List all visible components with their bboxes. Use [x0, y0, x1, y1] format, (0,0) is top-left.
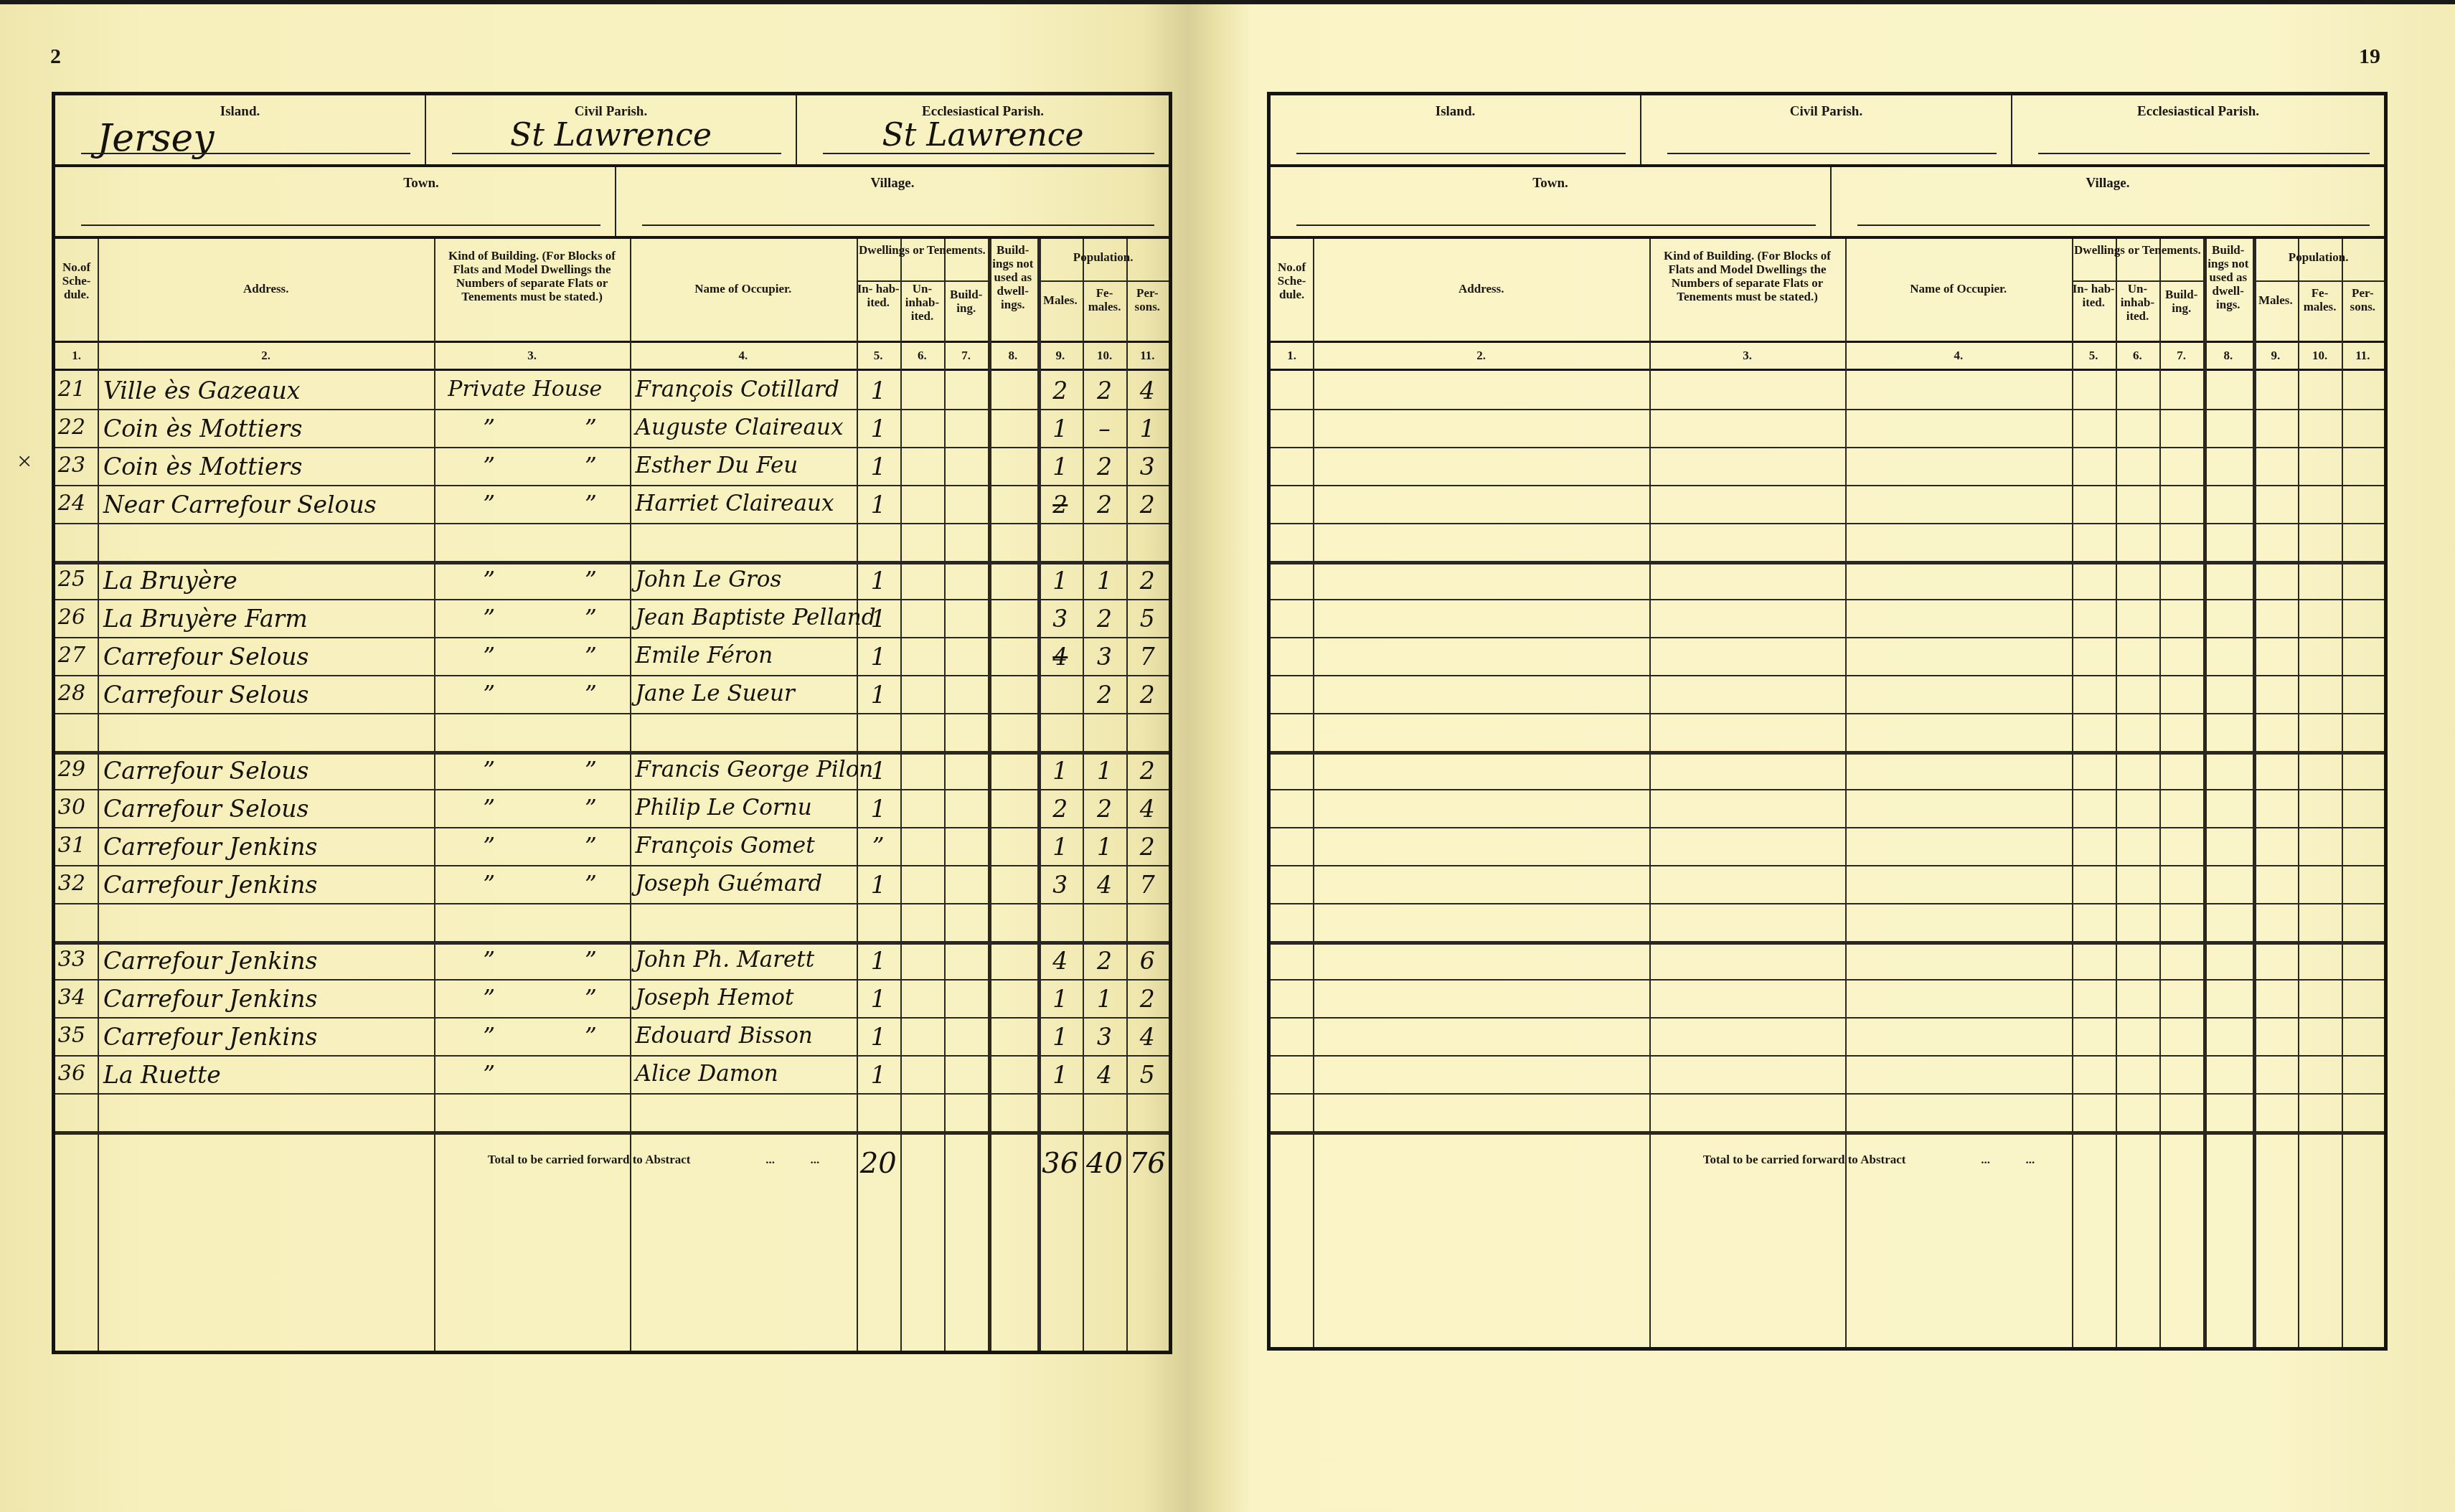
cell-inhabited: 1 — [857, 605, 900, 633]
cell-males: 1 — [1037, 567, 1083, 595]
column-number: 7. — [944, 349, 988, 363]
cell-occupier: François Gomet — [636, 833, 815, 859]
town-field: Town. — [1271, 167, 1830, 236]
column-number: 6. — [2116, 349, 2159, 363]
group-divider-line — [55, 941, 1169, 945]
cell-males: 4 — [1037, 643, 1083, 671]
cell-kind2: ” — [556, 757, 625, 785]
cell-females: 2 — [1083, 453, 1126, 481]
cell-inhabited: 1 — [857, 415, 900, 443]
column-header-building: Build- ing. — [2159, 288, 2203, 315]
left-header-parish-row: Island. Jersey Civil Parish. St Lawrence… — [55, 95, 1169, 167]
village-underline — [1857, 225, 2370, 226]
column-header-males: Males. — [2253, 293, 2298, 307]
cell-kind: ” — [448, 757, 530, 785]
column-divider — [944, 239, 946, 1351]
right-header-town-row: Town. Village. — [1271, 167, 2384, 239]
column-divider — [1313, 239, 1314, 1347]
total-inhabited: 20 — [857, 1147, 900, 1180]
column-header-uninhabited: Un- inhab- ited. — [2116, 282, 2159, 323]
cell-males: 1 — [1037, 1061, 1083, 1089]
cell-address: Carrefour Selous — [103, 681, 308, 709]
row-line — [55, 599, 1169, 600]
cell-kind2: ” — [556, 643, 625, 671]
cell-occupier: Esther Du Feu — [636, 453, 798, 478]
cell-address: Coin ès Mottiers — [103, 415, 302, 443]
cell-kind: ” — [448, 1023, 530, 1051]
cell-kind: ” — [448, 605, 530, 633]
column-divider — [2253, 239, 2256, 1347]
cell-address: La Bruyère Farm — [103, 605, 308, 633]
island-field: Island. Jersey — [55, 95, 425, 164]
group-divider — [1037, 280, 1169, 282]
cell-inhabited: 1 — [857, 643, 900, 671]
column-number: 1. — [55, 349, 98, 363]
cell-persons: 4 — [1126, 377, 1169, 405]
group-divider-line — [1271, 561, 2384, 564]
civil-parish-underline — [452, 153, 781, 154]
cell-females: 2 — [1083, 605, 1126, 633]
ecclesiastical-parish-field: Ecclesiastical Parish. — [2012, 95, 2384, 164]
cell-schedule: 27 — [58, 643, 85, 668]
cell-persons: 7 — [1126, 871, 1169, 899]
total-females: 40 — [1083, 1147, 1126, 1180]
cell-address: Carrefour Selous — [103, 643, 308, 671]
column-divider — [988, 239, 991, 1351]
left-header-town-row: Town. Village. — [55, 167, 1169, 239]
column-group-dwellings: Dwellings or Tenements. — [857, 243, 989, 257]
cell-kind2: ” — [556, 833, 625, 861]
cell-occupier: Auguste Claireaux — [636, 415, 844, 440]
right-census-page: Island. Civil Parish. Ecclesiastical Par… — [1267, 92, 2388, 1351]
row-line — [55, 827, 1169, 828]
column-number: 9. — [2253, 349, 2298, 363]
cell-kind2: ” — [556, 1023, 625, 1051]
cell-inhabited: ” — [857, 833, 900, 861]
cell-females: 2 — [1083, 795, 1126, 823]
column-divider — [2072, 239, 2073, 1347]
cell-occupier: Jean Baptiste Pelland — [636, 605, 876, 630]
cell-inhabited: 1 — [857, 377, 900, 405]
row-line — [1271, 447, 2384, 448]
cell-occupier: Philip Le Cornu — [636, 795, 812, 821]
cell-females: 4 — [1083, 871, 1126, 899]
cell-kind2: ” — [556, 681, 625, 709]
group-divider — [2072, 280, 2204, 282]
column-header-inhabited: In- hab- ited. — [857, 282, 900, 309]
cell-kind: ” — [448, 833, 530, 861]
cell-schedule: 33 — [58, 947, 85, 972]
column-header-kind: Kind of Building. (For Blocks of Flats a… — [1649, 249, 1845, 303]
cell-inhabited: 1 — [857, 1023, 900, 1051]
cell-persons: 1 — [1126, 415, 1169, 443]
column-header-not_dwellings: Build- ings not used as dwell- ings. — [2203, 243, 2253, 311]
right-page-number: 19 — [2359, 44, 2380, 69]
cell-inhabited: 1 — [857, 947, 900, 975]
row-line — [1271, 409, 2384, 410]
row-line — [55, 1093, 1169, 1095]
cell-persons: 4 — [1126, 795, 1169, 823]
cell-kind: ” — [448, 567, 530, 595]
cell-kind: ” — [448, 985, 530, 1013]
island-field: Island. — [1271, 95, 1640, 164]
cell-schedule: 23 — [58, 453, 85, 478]
cell-occupier: Harriet Claireaux — [636, 491, 834, 516]
column-header-building: Build- ing. — [944, 288, 988, 315]
row-line — [55, 409, 1169, 410]
column-header-occupier: Name of Occupier. — [1845, 282, 2072, 296]
cell-address: Carrefour Jenkins — [103, 947, 317, 975]
village-field: Village. — [1832, 167, 2384, 236]
column-divider — [2342, 239, 2343, 1347]
column-header-uninhabited: Un- inhab- ited. — [900, 282, 944, 323]
village-label: Village. — [1832, 176, 2384, 192]
group-divider-line — [1271, 941, 2384, 945]
column-number: 7. — [2159, 349, 2203, 363]
column-header-females: Fe- males. — [2298, 286, 2341, 313]
cell-kind: ” — [448, 643, 530, 671]
cell-inhabited: 1 — [857, 567, 900, 595]
ecclesiastical-parish-value: St Lawrence — [797, 117, 1169, 153]
ecclesiastical-parish-label: Ecclesiastical Parish. — [2012, 104, 2384, 120]
row-line — [1271, 523, 2384, 524]
cell-schedule: 25 — [58, 567, 85, 592]
cell-males: 1 — [1037, 1023, 1083, 1051]
column-number: 3. — [1649, 349, 1845, 363]
column-divider — [900, 239, 902, 1351]
column-header-schedule: No.of Sche- dule. — [1271, 260, 1313, 301]
cell-inhabited: 1 — [857, 985, 900, 1013]
group-divider-line — [55, 561, 1169, 564]
total-dots: ... — [765, 1153, 775, 1167]
row-line — [55, 637, 1169, 638]
column-number: 3. — [434, 349, 630, 363]
row-line — [55, 675, 1169, 676]
column-header-occupier: Name of Occupier. — [630, 282, 857, 296]
cell-occupier: Edouard Bisson — [636, 1023, 813, 1049]
cell-kind: ” — [448, 681, 530, 709]
column-divider — [1845, 239, 1847, 1347]
ecclesiastical-parish-field: Ecclesiastical Parish. St Lawrence — [797, 95, 1169, 164]
cell-occupier: John Ph. Marett — [636, 947, 815, 973]
cell-females: 4 — [1083, 1061, 1126, 1089]
cell-kind2: ” — [556, 871, 625, 899]
total-persons: 76 — [1126, 1147, 1169, 1180]
row-line — [1271, 903, 2384, 904]
cell-occupier: Jane Le Sueur — [636, 681, 795, 707]
cell-occupier: John Le Gros — [636, 567, 782, 592]
cell-females: 2 — [1083, 377, 1126, 405]
cell-schedule: 21 — [58, 377, 85, 402]
cell-address: Carrefour Selous — [103, 757, 308, 785]
row-line — [55, 713, 1169, 714]
column-divider — [630, 239, 631, 1351]
total-dots: ... — [1981, 1153, 1990, 1167]
cell-kind: ” — [448, 491, 530, 519]
column-number: 11. — [1126, 349, 1169, 363]
civil-parish-underline — [1667, 153, 1997, 154]
island-label: Island. — [1271, 104, 1640, 120]
civil-parish-value: St Lawrence — [426, 117, 796, 153]
cell-schedule: 34 — [58, 985, 85, 1010]
cell-address: Near Carrefour Selous — [103, 491, 377, 519]
cell-females: 1 — [1083, 833, 1126, 861]
cell-females: 3 — [1083, 1023, 1126, 1051]
cell-inhabited: 1 — [857, 681, 900, 709]
group-divider-line — [1271, 751, 2384, 755]
cell-kind: ” — [448, 795, 530, 823]
column-divider — [1649, 239, 1651, 1347]
row-line — [1271, 1093, 2384, 1095]
cell-males: 3 — [1037, 605, 1083, 633]
cell-occupier: Alice Damon — [636, 1061, 778, 1087]
cell-kind2: ” — [556, 985, 625, 1013]
cell-males: 3 — [1037, 871, 1083, 899]
group-divider-line — [1271, 1131, 2384, 1135]
cell-schedule: 31 — [58, 833, 85, 858]
cell-males: 4 — [1037, 947, 1083, 975]
cell-kind2: ” — [556, 605, 625, 633]
ecclesiastical-parish-underline — [2038, 153, 2370, 154]
cell-schedule: 32 — [58, 871, 85, 896]
cell-schedule: 35 — [58, 1023, 85, 1048]
column-header-males: Males. — [1037, 293, 1083, 307]
row-line — [55, 979, 1169, 981]
town-label: Town. — [1271, 176, 1830, 192]
cell-males: 1 — [1037, 985, 1083, 1013]
cell-address: Carrefour Selous — [103, 795, 308, 823]
cell-kind: ” — [448, 453, 530, 481]
row-line — [55, 789, 1169, 790]
town-field: Town. — [55, 167, 615, 236]
cell-schedule: 29 — [58, 757, 85, 782]
cell-occupier: François Cotillard — [636, 377, 839, 402]
right-header-parish-row: Island. Civil Parish. Ecclesiastical Par… — [1271, 95, 2384, 167]
row-line — [55, 485, 1169, 486]
cell-females: 2 — [1083, 947, 1126, 975]
cell-kind: Private House — [448, 377, 530, 402]
civil-parish-field: Civil Parish. St Lawrence — [426, 95, 796, 164]
row-line — [55, 1017, 1169, 1019]
column-header-schedule: No.of Sche- dule. — [55, 260, 98, 301]
town-underline — [81, 225, 600, 226]
cell-persons: 5 — [1126, 1061, 1169, 1089]
cell-occupier: Joseph Hemot — [636, 985, 794, 1011]
cell-kind: ” — [448, 871, 530, 899]
cell-schedule: 24 — [58, 491, 85, 516]
cell-persons: 6 — [1126, 947, 1169, 975]
row-line — [55, 523, 1169, 524]
column-number: 11. — [2342, 349, 2384, 363]
cell-inhabited: 1 — [857, 871, 900, 899]
book-top-edge — [0, 0, 2455, 4]
cell-females: 2 — [1083, 681, 1126, 709]
island-underline — [81, 153, 410, 154]
row-line — [1271, 827, 2384, 828]
cell-persons: 2 — [1126, 491, 1169, 519]
margin-cross-mark: × — [17, 446, 32, 476]
column-number: 1. — [1271, 349, 1313, 363]
column-group-dwellings: Dwellings or Tenements. — [2072, 243, 2204, 257]
row-line — [1271, 675, 2384, 676]
cell-persons: 2 — [1126, 757, 1169, 785]
cell-persons: 2 — [1126, 567, 1169, 595]
cell-address: Carrefour Jenkins — [103, 833, 317, 861]
column-number: 8. — [2203, 349, 2253, 363]
column-header-inhabited: In- hab- ited. — [2072, 282, 2116, 309]
cell-inhabited: 1 — [857, 795, 900, 823]
cell-kind: ” — [448, 415, 530, 443]
cell-males: 1 — [1037, 833, 1083, 861]
cell-kind2: ” — [556, 415, 625, 443]
column-divider — [2298, 239, 2299, 1347]
cell-persons: 5 — [1126, 605, 1169, 633]
cell-females: 3 — [1083, 643, 1126, 671]
cell-males: 1 — [1037, 757, 1083, 785]
column-number: 4. — [630, 349, 857, 363]
column-header-not_dwellings: Build- ings not used as dwell- ings. — [988, 243, 1037, 311]
column-divider — [434, 239, 435, 1351]
cell-address: Carrefour Jenkins — [103, 871, 317, 899]
column-number: 4. — [1845, 349, 2072, 363]
ecclesiastical-parish-underline — [823, 153, 1154, 154]
cell-persons: 2 — [1126, 985, 1169, 1013]
row-line — [1271, 789, 2384, 790]
cell-persons: 2 — [1126, 833, 1169, 861]
column-divider — [2203, 239, 2207, 1347]
column-header-kind: Kind of Building. (For Blocks of Flats a… — [434, 249, 630, 303]
column-number: 8. — [988, 349, 1037, 363]
cell-kind2: ” — [556, 795, 625, 823]
column-number: 9. — [1037, 349, 1083, 363]
cell-inhabited: 1 — [857, 1061, 900, 1089]
column-number: 10. — [2298, 349, 2341, 363]
row-line — [1271, 713, 2384, 714]
cell-kind: ” — [448, 1061, 530, 1089]
row-line — [1271, 599, 2384, 600]
cell-address: Carrefour Jenkins — [103, 1023, 317, 1051]
group-divider-line — [55, 1131, 1169, 1135]
cell-females: 1 — [1083, 567, 1126, 595]
left-census-page: Island. Jersey Civil Parish. St Lawrence… — [52, 92, 1172, 1354]
total-dots: ... — [811, 1153, 820, 1167]
row-line — [1271, 1017, 2384, 1019]
cell-schedule: 36 — [58, 1061, 85, 1086]
column-divider — [98, 239, 99, 1351]
cell-occupier: Emile Féron — [636, 643, 773, 668]
cell-females: 1 — [1083, 985, 1126, 1013]
row-line — [55, 903, 1169, 904]
cell-kind2: ” — [556, 491, 625, 519]
cell-address: Coin ès Mottiers — [103, 453, 302, 481]
cell-kind2: ” — [556, 947, 625, 975]
column-number: 2. — [98, 349, 434, 363]
cell-kind2: ” — [556, 453, 625, 481]
column-group-population: Population. — [1037, 250, 1169, 264]
cell-schedule: 28 — [58, 681, 85, 706]
cell-inhabited: 1 — [857, 491, 900, 519]
total-label: Total to be carried forward to Abstract — [1703, 1153, 1906, 1167]
left-page-number: 2 — [50, 44, 61, 69]
civil-parish-label: Civil Parish. — [1641, 104, 2011, 120]
column-number: 6. — [900, 349, 944, 363]
cell-schedule: 22 — [58, 415, 85, 440]
cell-kind2: ” — [556, 567, 625, 595]
row-line — [55, 865, 1169, 866]
column-number: 10. — [1083, 349, 1126, 363]
town-underline — [1296, 225, 1816, 226]
total-label: Total to be carried forward to Abstract — [488, 1153, 691, 1167]
cell-address: Ville ès Gazeaux — [103, 377, 300, 405]
total-males: 36 — [1037, 1147, 1083, 1180]
column-divider — [2116, 239, 2117, 1347]
cell-schedule: 30 — [58, 795, 85, 820]
column-divider — [2159, 239, 2161, 1347]
cell-occupier: Joseph Guémard — [636, 871, 823, 897]
cell-kind: ” — [448, 947, 530, 975]
cell-males: 2 — [1037, 491, 1083, 519]
cell-males: 1 — [1037, 453, 1083, 481]
cell-occupier: Francis George Pilon — [636, 757, 874, 783]
civil-parish-field: Civil Parish. — [1641, 95, 2011, 164]
row-line — [55, 1055, 1169, 1057]
row-line — [1271, 979, 2384, 981]
total-dots: ... — [2026, 1153, 2035, 1167]
cell-males: 1 — [1037, 415, 1083, 443]
village-underline — [642, 225, 1154, 226]
cell-schedule: 26 — [58, 605, 85, 630]
column-header-address: Address. — [1313, 282, 1649, 296]
row-line — [1271, 865, 2384, 866]
cell-females: 2 — [1083, 491, 1126, 519]
row-line — [1271, 1055, 2384, 1057]
village-field: Village. — [616, 167, 1169, 236]
column-number: 2. — [1313, 349, 1649, 363]
row-line — [55, 447, 1169, 448]
village-label: Village. — [616, 176, 1169, 192]
cell-inhabited: 1 — [857, 453, 900, 481]
column-header-address: Address. — [98, 282, 434, 296]
cell-males: 2 — [1037, 795, 1083, 823]
row-line — [1271, 637, 2384, 638]
row-line — [1271, 485, 2384, 486]
group-divider — [2253, 280, 2384, 282]
cell-address: Carrefour Jenkins — [103, 985, 317, 1013]
cell-persons: 2 — [1126, 681, 1169, 709]
column-number: 5. — [2072, 349, 2116, 363]
column-group-population: Population. — [2253, 250, 2384, 264]
column-header-females: Fe- males. — [1083, 286, 1126, 313]
cell-females: 1 — [1083, 757, 1126, 785]
group-divider-line — [55, 751, 1169, 755]
cell-address: La Ruette — [103, 1061, 221, 1089]
column-header-persons: Per- sons. — [2342, 286, 2384, 313]
cell-persons: 7 — [1126, 643, 1169, 671]
cell-persons: 3 — [1126, 453, 1169, 481]
column-number: 5. — [857, 349, 900, 363]
column-header-persons: Per- sons. — [1126, 286, 1169, 313]
island-underline — [1296, 153, 1626, 154]
group-divider — [857, 280, 989, 282]
cell-males: 2 — [1037, 377, 1083, 405]
cell-persons: 4 — [1126, 1023, 1169, 1051]
cell-females: – — [1083, 415, 1126, 443]
cell-inhabited: 1 — [857, 757, 900, 785]
cell-address: La Bruyère — [103, 567, 237, 595]
